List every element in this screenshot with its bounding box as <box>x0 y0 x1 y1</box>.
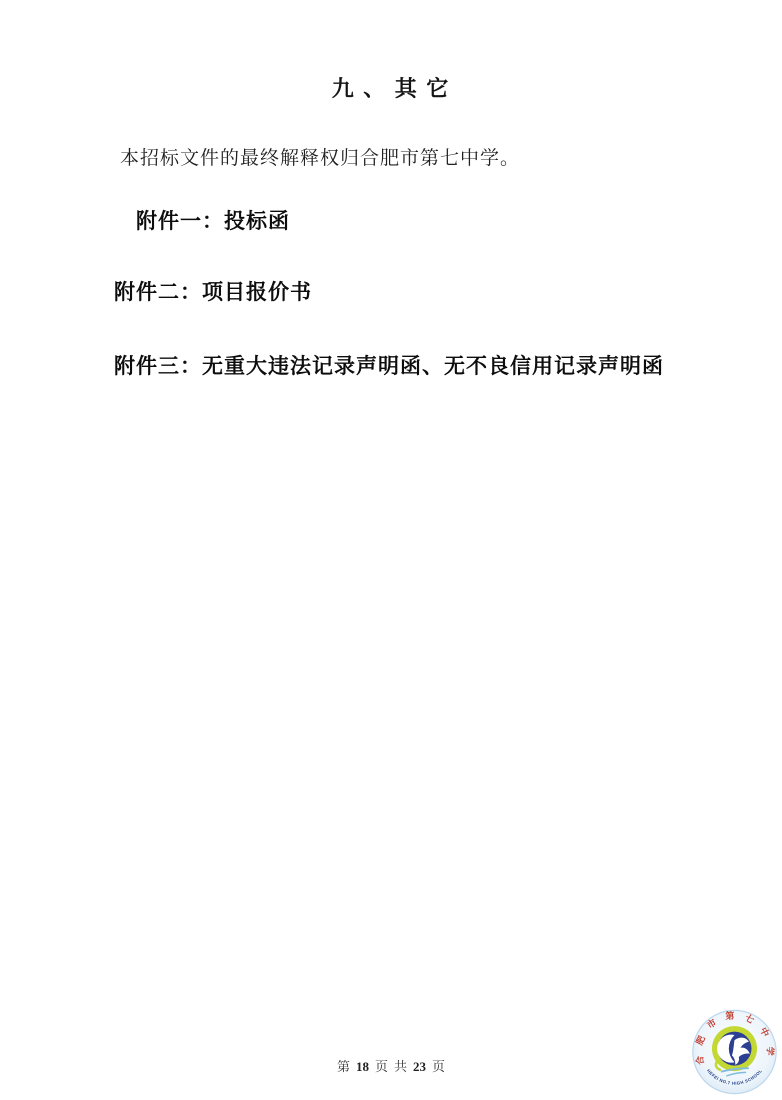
attachment-line-3: 附件三：无重大违法记录声明函、无不良信用记录声明函 <box>114 350 664 380</box>
attachment-line-1: 附件一：投标函 <box>136 205 290 235</box>
attachment-line-2: 附件二：项目报价书 <box>114 276 312 306</box>
footer-of-word: 共 <box>394 1059 407 1074</box>
page-number: 18 <box>356 1059 369 1074</box>
section-title: 九 、 其 它 <box>0 72 782 103</box>
school-logo-svg: 合肥市第七中学 HEFEI NO.7 HIGH SCHOOL <box>692 1008 777 1096</box>
footer-page-word: 页 <box>375 1059 388 1074</box>
school-logo: 合肥市第七中学 HEFEI NO.7 HIGH SCHOOL <box>692 1008 777 1096</box>
page-footer: 第18页共23页 <box>0 1056 782 1075</box>
total-pages: 23 <box>413 1059 426 1074</box>
document-page: 九 、 其 它 本招标文件的最终解释权归合肥市第七中学。 附件一：投标函 附件二… <box>0 0 782 1100</box>
footer-prefix: 第 <box>337 1059 350 1074</box>
footer-suffix: 页 <box>432 1059 445 1074</box>
body-paragraph: 本招标文件的最终解释权归合肥市第七中学。 <box>120 143 520 170</box>
